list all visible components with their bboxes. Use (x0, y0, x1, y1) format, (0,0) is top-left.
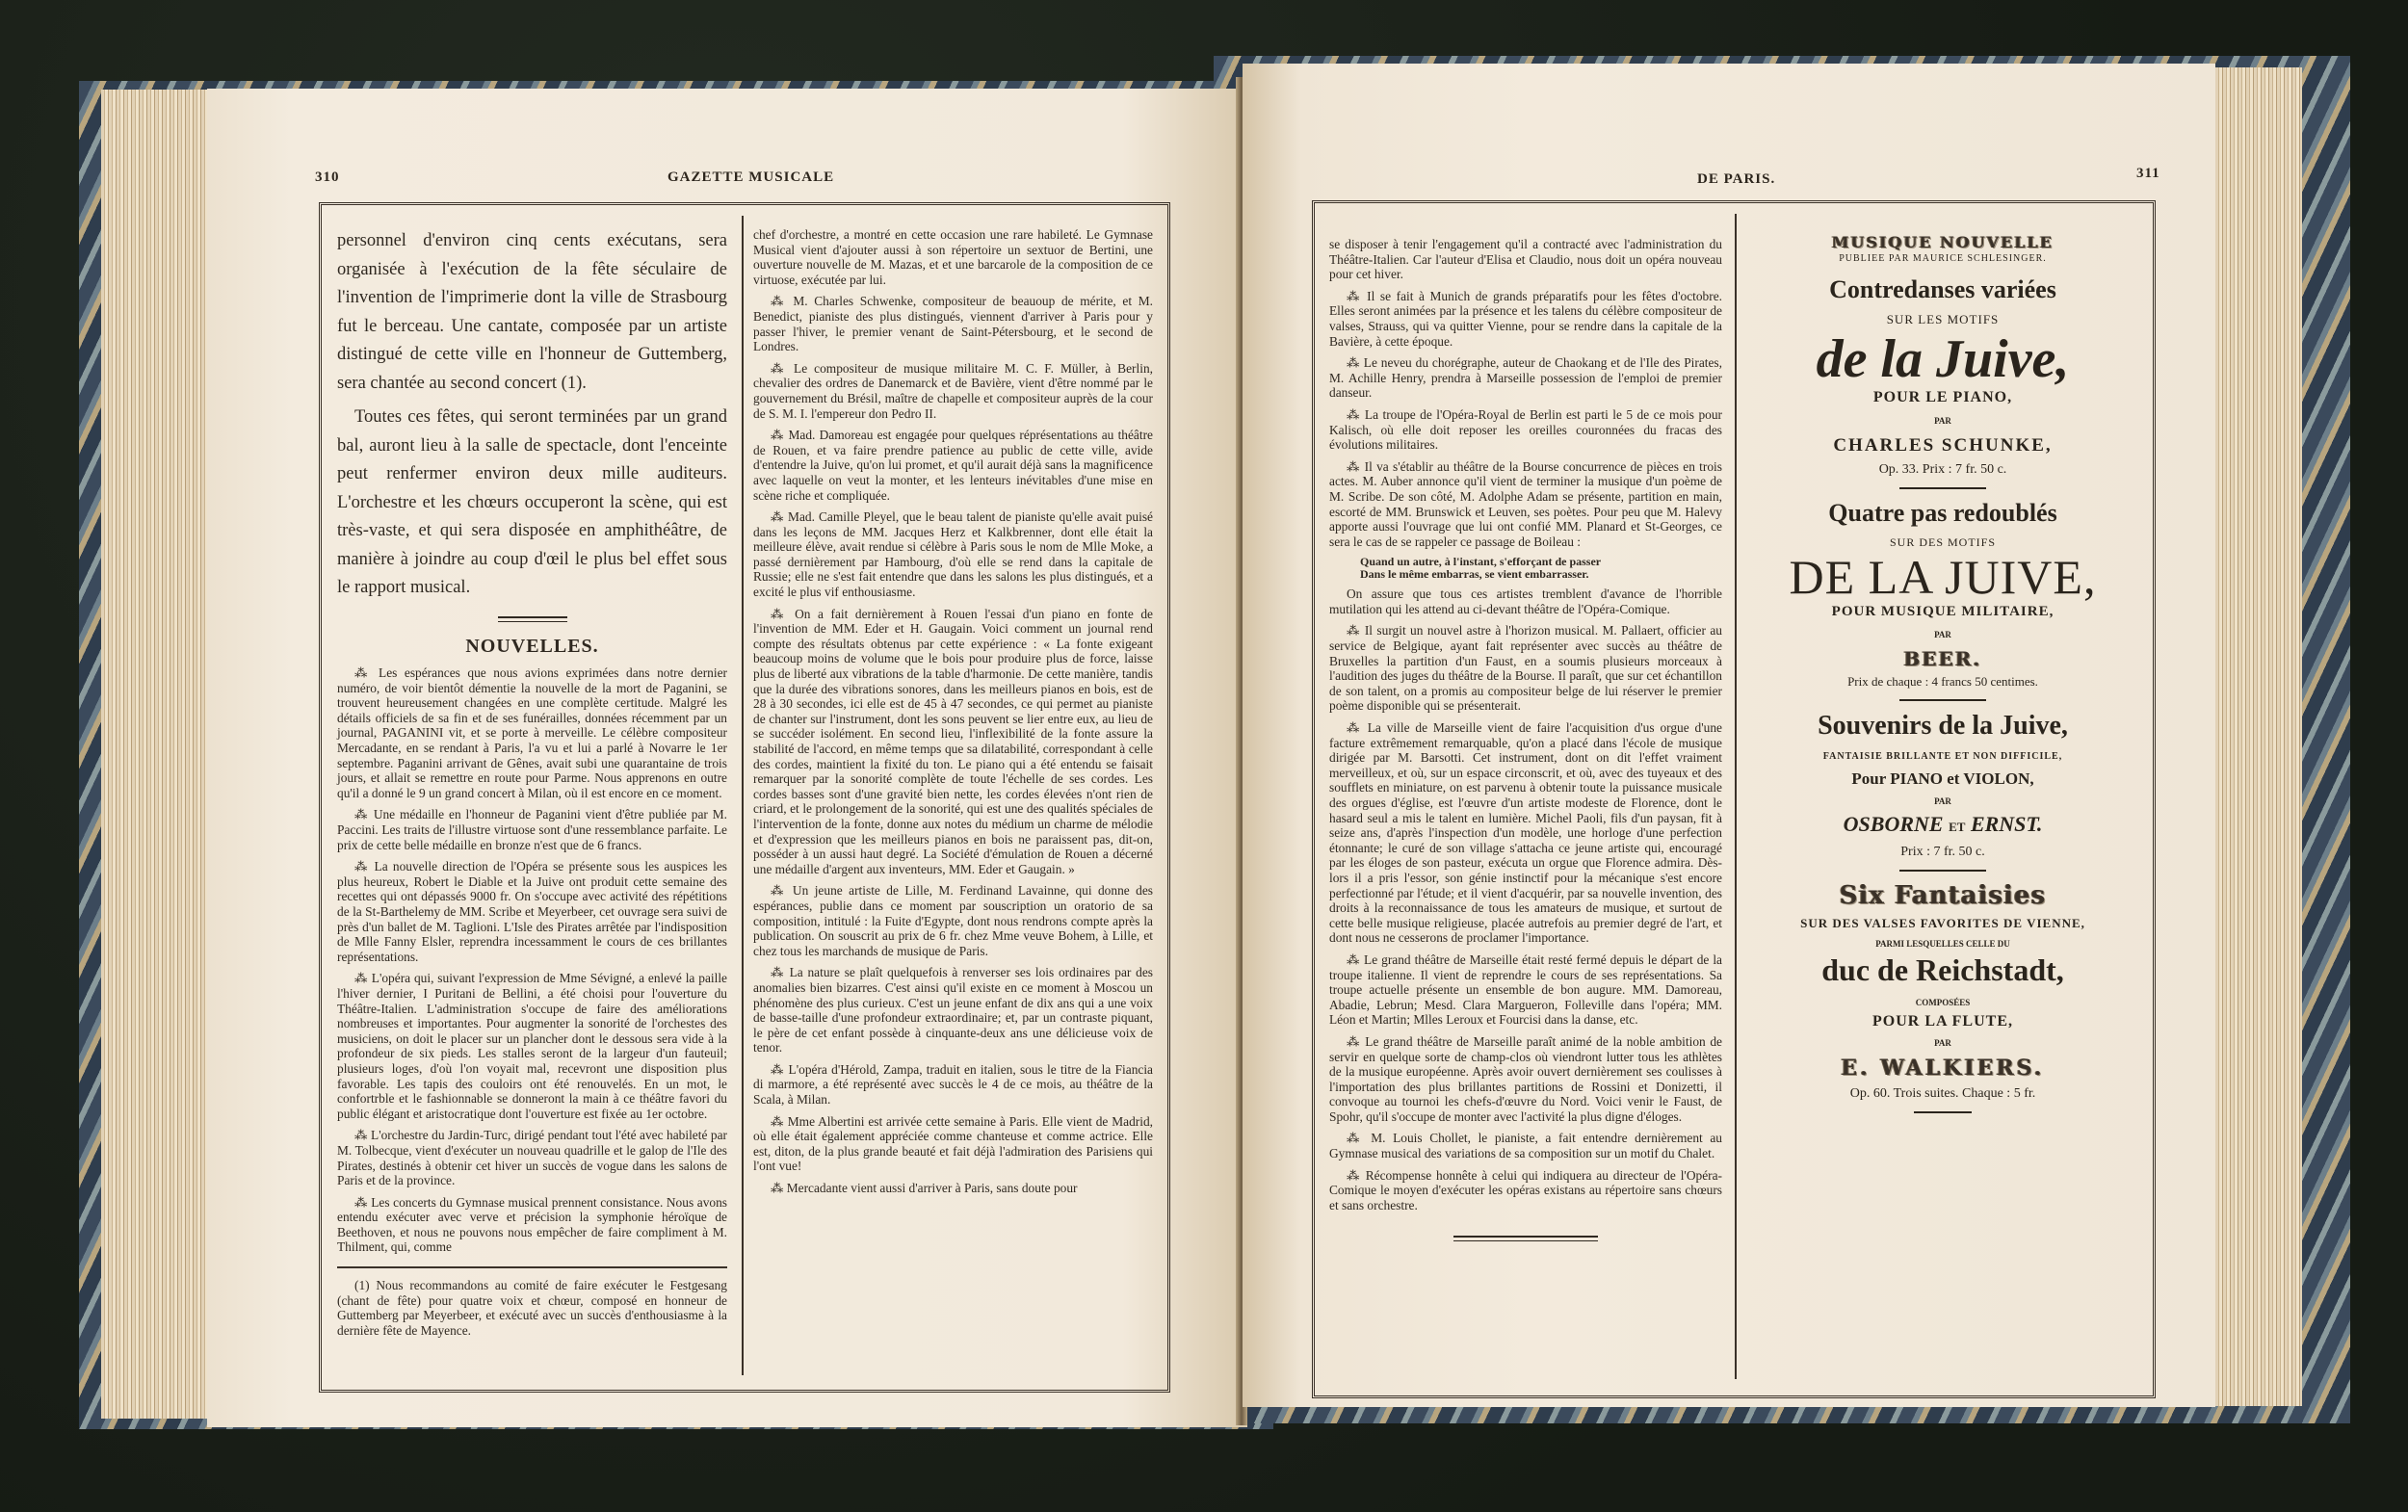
section-title-nouvelles: NOUVELLES. (337, 639, 727, 655)
ad-item2-title: Quatre pas redoublés (1745, 499, 2140, 528)
ad-publisher: PUBLIEE PAR MAURICE SCHLESINGER. (1745, 253, 2140, 264)
intro-text: personnel d'environ cinq cents exécutans… (337, 227, 727, 603)
composer-ernst: ERNST. (1971, 812, 2042, 836)
ornamental-rule (498, 616, 567, 622)
news-item: ⁂ Il surgit un nouvel astre à l'horizon … (1329, 623, 1722, 714)
news-item: ⁂ Un jeune artiste de Lille, M. Ferdinan… (753, 883, 1153, 958)
ad-item1-composer: CHARLES SCHUNKE, (1745, 435, 2140, 456)
ad-item4-composed: COMPOSÉES (1745, 998, 2140, 1007)
news-item: ⁂ La nouvelle direction de l'Opéra se pr… (337, 859, 727, 964)
ad-item4-par: PAR (1745, 1038, 2140, 1048)
left-page-col1: personnel d'environ cinq cents exécutans… (337, 227, 727, 1344)
page-number-right: 311 (2136, 166, 2160, 182)
ad-item2-work: DE LA JUIVE, (1745, 550, 2140, 604)
news-item: ⁂ Le compositeur de musique militaire M.… (753, 361, 1153, 421)
verse-line: Dans le même embarras, se vient embarras… (1360, 568, 1722, 581)
running-head-left: GAZETTE MUSICALE (667, 169, 834, 186)
left-page-col2: chef d'orchestre, a montré en cette occa… (753, 227, 1153, 1203)
right-column-rule (1735, 214, 1737, 1379)
news-item: ⁂ Le grand théâtre de Marseille était re… (1329, 952, 1722, 1028)
news-item: ⁂ M. Charles Schwenke, compositeur de be… (753, 294, 1153, 353)
intro-paragraph: personnel d'environ cinq cents exécutans… (337, 227, 727, 398)
composer-et: ET (1949, 820, 1965, 834)
footnote-rule (337, 1266, 727, 1268)
ad-item1-work: de la Juive, (1745, 329, 2140, 389)
news-item: ⁂ Récompense honnête à celui qui indique… (1329, 1168, 1722, 1213)
ad-item3-par: PAR (1745, 796, 2140, 806)
news-item: ⁂ Mad. Damoreau est engagée pour quelque… (753, 428, 1153, 503)
ad-item4-among: PARMI LESQUELLES CELLE DU (1745, 939, 2140, 949)
ad-item1-instrument: POUR LE PIANO, (1745, 389, 2140, 406)
news-item: ⁂ Il va s'établir au théâtre de la Bours… (1329, 459, 1722, 550)
running-head-right: DE PARIS. (1697, 171, 1775, 188)
ad-item4-title: Six Fantaisies (1745, 881, 2140, 910)
ad-item3-instrument: Pour PIANO et VIOLON, (1745, 769, 2140, 789)
ad-item1-title: Contredanses variées (1745, 275, 2140, 304)
ad-divider (1899, 487, 1986, 489)
page-stack-right (2215, 67, 2302, 1406)
news-item: ⁂ Il se fait à Munich de grands préparat… (1329, 289, 1722, 349)
news-item: ⁂ L'orchestre du Jardin-Turc, dirigé pen… (337, 1128, 727, 1187)
news-item: ⁂ M. Louis Chollet, le pianiste, a fait … (1329, 1131, 1722, 1160)
news-item: ⁂ L'opéra d'Hérold, Zampa, traduit en it… (753, 1062, 1153, 1108)
ad-item3-price: Prix : 7 fr. 50 c. (1745, 845, 2140, 860)
ad-divider (1899, 699, 1986, 701)
left-column-rule (742, 216, 744, 1375)
ad-item4-price: Op. 60. Trois suites. Chaque : 5 fr. (1745, 1086, 2140, 1102)
news-item: ⁂ Le grand théâtre de Marseille paraît a… (1329, 1034, 1722, 1125)
news-item: On assure que tous ces artistes tremblen… (1329, 587, 1722, 616)
ad-item2-sub: SUR DES MOTIFS (1745, 535, 2140, 550)
ad-item4-instrument: POUR LA FLUTE, (1745, 1013, 2140, 1030)
page-number-left: 310 (315, 169, 340, 186)
page-stack-left (101, 90, 217, 1419)
advertisement-musique-nouvelle: MUSIQUE NOUVELLE PUBLIEE PAR MAURICE SCH… (1745, 233, 2140, 1123)
ad-item3-title: Souvenirs de la Juive, (1745, 711, 2140, 742)
news-item: ⁂ La troupe de l'Opéra-Royal de Berlin e… (1329, 407, 1722, 453)
ad-item4-composer: E. WALKIERS. (1745, 1056, 2140, 1081)
news-item: se disposer à tenir l'engagement qu'il a… (1329, 237, 1722, 282)
news-item: ⁂ On a fait dernièrement à Rouen l'essai… (753, 607, 1153, 877)
news-item: ⁂ Une médaille en l'honneur de Paganini … (337, 807, 727, 852)
composer-osborne: OSBORNE (1844, 812, 1944, 836)
ad-item3-sub: FANTAISIE BRILLANTE ET NON DIFFICILE, (1745, 751, 2140, 762)
ad-item4-sub: SUR DES VALSES FAVORITES DE VIENNE, (1745, 916, 2140, 931)
footnote: (1) Nous recommandons au comité de faire… (337, 1278, 727, 1338)
news-item: ⁂ L'opéra qui, suivant l'expression de M… (337, 971, 727, 1121)
ad-item1-price: Op. 33. Prix : 7 fr. 50 c. (1745, 462, 2140, 478)
ad-item1-par: PAR (1745, 416, 2140, 426)
ad-divider (1899, 870, 1986, 872)
right-page-col1: se disposer à tenir l'engagement qu'il a… (1329, 237, 1722, 1259)
news-item: ⁂ Mad. Camille Pleyel, que le beau talen… (753, 509, 1153, 600)
news-item: ⁂ Les concerts du Gymnase musical prenne… (337, 1195, 727, 1255)
news-item: chef d'orchestre, a montré en cette occa… (753, 227, 1153, 287)
ad-item1-sub: SUR LES MOTIFS (1745, 312, 2140, 327)
news-item: ⁂ Mercadante vient aussi d'arriver à Par… (753, 1181, 1153, 1196)
ad-item2-price: Prix de chaque : 4 francs 50 centimes. (1745, 674, 2140, 690)
ad-item2-instrument: POUR MUSIQUE MILITAIRE, (1745, 604, 2140, 620)
ad-item4-work: duc de Reichstadt, (1745, 952, 2140, 988)
ad-item3-composer: OSBORNE ET ERNST. (1745, 812, 2140, 837)
ad-header: MUSIQUE NOUVELLE (1745, 233, 2140, 251)
news-item: ⁂ La nature se plaît quelquefois à renve… (753, 965, 1153, 1056)
ad-item2-par: PAR (1745, 630, 2140, 639)
ad-divider (1914, 1111, 1972, 1113)
ornamental-rule (1453, 1236, 1598, 1241)
news-item: ⁂ La ville de Marseille vient de faire l… (1329, 720, 1722, 946)
ad-item2-composer: BEER. (1745, 647, 2140, 670)
news-item: ⁂ Les espérances que nous avions exprimé… (337, 665, 727, 800)
news-item: ⁂ Le neveu du chorégraphe, auteur de Cha… (1329, 355, 1722, 401)
intro-paragraph: Toutes ces fêtes, qui seront terminées p… (337, 404, 727, 603)
news-item: ⁂ Mme Albertini est arrivée cette semain… (753, 1114, 1153, 1174)
